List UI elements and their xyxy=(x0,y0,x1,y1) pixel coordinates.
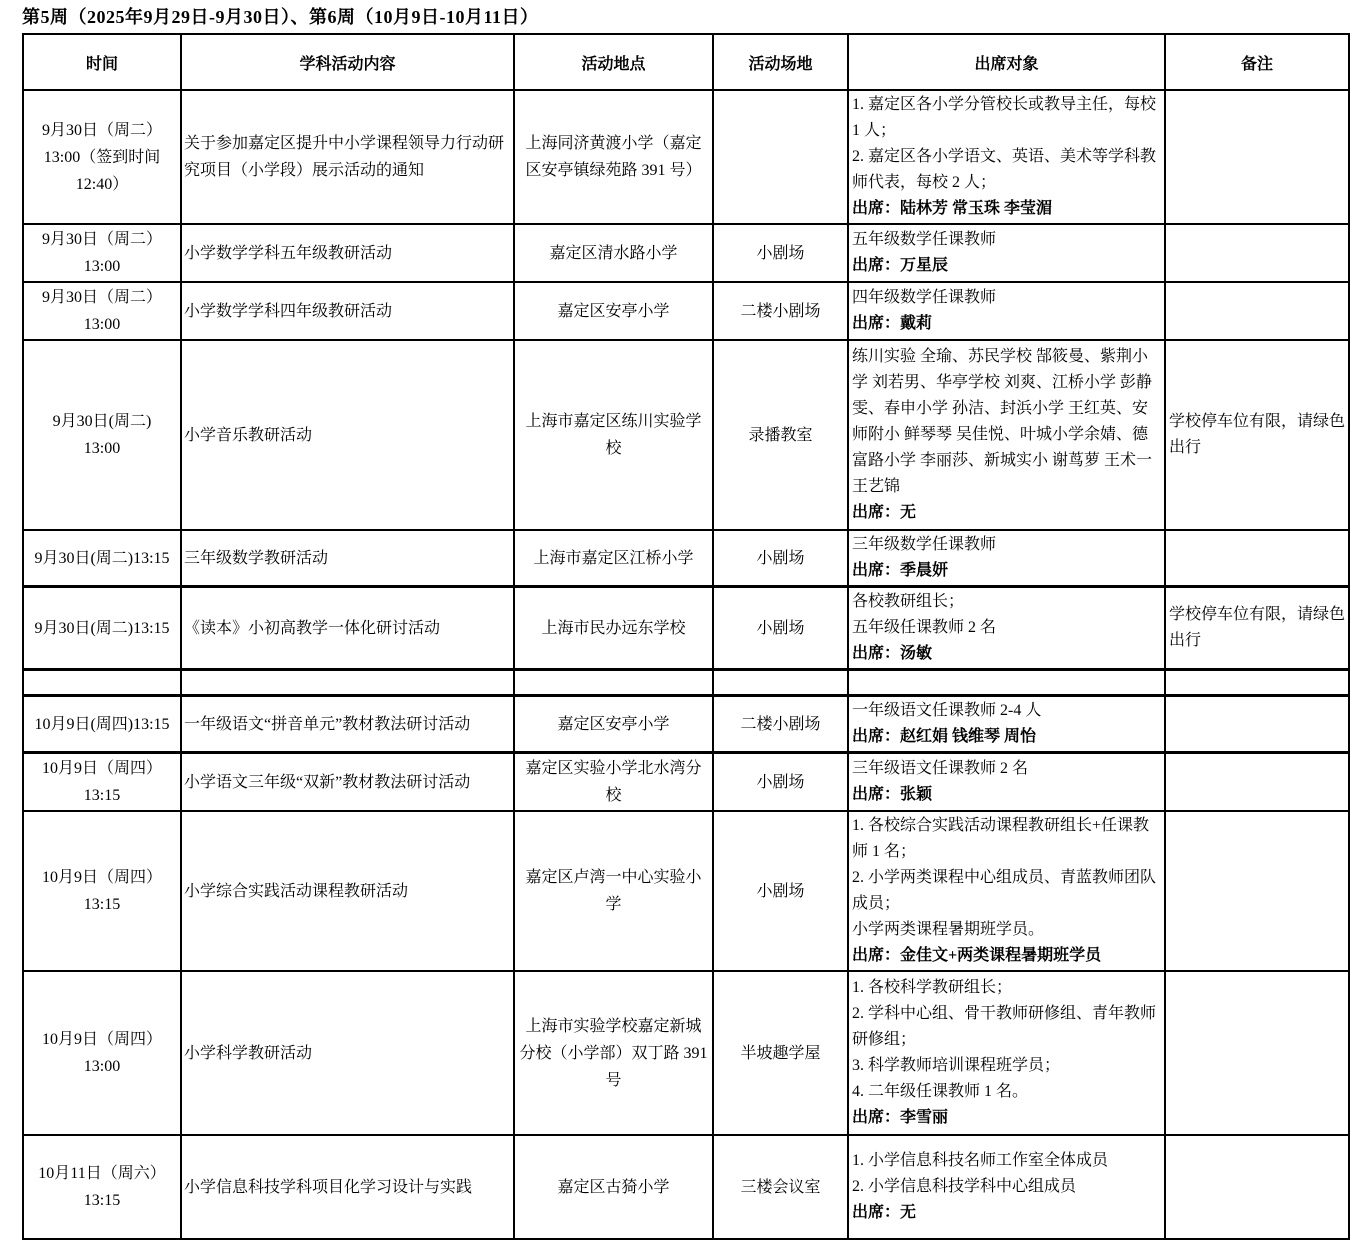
table-row: 10月9日(周四)13:15一年级语文“拼音单元”教材教法研讨活动嘉定区安亭小学… xyxy=(23,696,1349,753)
activity-content-cell: 《读本》小初高教学一体化研讨活动 xyxy=(181,587,514,670)
attendance-line: 出席：戴莉 xyxy=(852,311,1163,337)
column-header-content: 学科活动内容 xyxy=(181,34,514,90)
location-cell: 上海市嘉定区江桥小学 xyxy=(514,530,713,587)
attendees-cell: 1. 小学信息科技名师工作室全体成员2. 小学信息科技学科中心组成员出席：无 xyxy=(848,1135,1165,1239)
attendees-cell xyxy=(848,670,1165,696)
activity-content-cell: 小学信息科技学科项目化学习设计与实践 xyxy=(181,1135,514,1239)
location-cell: 上海同济黄渡小学（嘉定区安亭镇绿苑路 391 号） xyxy=(514,90,713,224)
attendees-paragraph: 各校教研组长； xyxy=(852,589,1163,615)
venue-cell xyxy=(713,670,848,696)
attendance-line: 出席：季晨妍 xyxy=(852,558,1163,584)
time-line: 10月9日（周四） xyxy=(27,755,177,782)
attendees-cell: 三年级数学任课教师出席：季晨妍 xyxy=(848,530,1165,587)
page-title: 第5周（2025年9月29日-9月30日）、第6周（10月9日-10月11日） xyxy=(22,4,1350,30)
attendees-paragraph: 五年级任课教师 2 名 xyxy=(852,615,1163,641)
location-cell: 上海市嘉定区练川实验学校 xyxy=(514,340,713,530)
venue-cell: 录播教室 xyxy=(713,340,848,530)
time-line: 13:00 xyxy=(27,1053,177,1080)
table-row: 10月9日（周四）13:00小学科学教研活动上海市实验学校嘉定新城分校（小学部）… xyxy=(23,971,1349,1135)
table-row: 9月30日(周二)13:00小学音乐教研活动上海市嘉定区练川实验学校录播教室练川… xyxy=(23,340,1349,530)
venue-cell: 二楼小剧场 xyxy=(713,282,848,340)
attendees-cell: 练川实验 全瑜、苏民学校 郜筱曼、紫荆小学 刘若男、华亭学校 刘爽、江桥小学 彭… xyxy=(848,340,1165,530)
location-cell: 上海市实验学校嘉定新城分校（小学部）双丁路 391 号 xyxy=(514,971,713,1135)
attendees-paragraph: 四年级数学任课教师 xyxy=(852,285,1163,311)
attendees-paragraph: 4. 二年级任课教师 1 名。 xyxy=(852,1079,1163,1105)
time-cell xyxy=(23,670,181,696)
attendees-paragraph: 1. 各校科学教研组长； xyxy=(852,975,1163,1001)
attendees-paragraph: 练川实验 全瑜、苏民学校 郜筱曼、紫荆小学 刘若男、华亭学校 刘爽、江桥小学 彭… xyxy=(852,344,1163,500)
attendees-paragraph: 三年级语文任课教师 2 名 xyxy=(852,756,1163,782)
time-line: 13:15 xyxy=(27,782,177,809)
venue-cell: 小剧场 xyxy=(713,530,848,587)
time-cell: 10月9日（周四）13:15 xyxy=(23,753,181,812)
time-cell: 9月30日（周二）13:00 xyxy=(23,224,181,282)
note-cell xyxy=(1165,971,1349,1135)
time-line: 13:00 xyxy=(27,311,177,338)
note-cell xyxy=(1165,753,1349,812)
column-header-note: 备注 xyxy=(1165,34,1349,90)
attendees-paragraph: 一年级语文任课教师 2-4 人 xyxy=(852,698,1163,724)
location-cell xyxy=(514,670,713,696)
note-cell xyxy=(1165,670,1349,696)
note-cell xyxy=(1165,696,1349,753)
venue-cell: 小剧场 xyxy=(713,811,848,971)
note-cell: 学校停车位有限，请绿色出行 xyxy=(1165,340,1349,530)
attendees-cell: 1. 各校科学教研组长；2. 学科中心组、骨干教师研修组、青年教师研修组；3. … xyxy=(848,971,1165,1135)
attendees-paragraph: 3. 科学教师培训课程班学员； xyxy=(852,1053,1163,1079)
attendees-cell: 五年级数学任课教师出席：万星辰 xyxy=(848,224,1165,282)
time-cell: 9月30日(周二)13:15 xyxy=(23,587,181,670)
activity-content-cell: 小学综合实践活动课程教研活动 xyxy=(181,811,514,971)
attendance-line: 出席：张颖 xyxy=(852,782,1163,808)
venue-cell: 三楼会议室 xyxy=(713,1135,848,1239)
time-line: 9月30日（周二） xyxy=(27,117,177,144)
venue-cell xyxy=(713,90,848,224)
location-cell: 嘉定区卢湾一中心实验小学 xyxy=(514,811,713,971)
location-cell: 嘉定区古猗小学 xyxy=(514,1135,713,1239)
table-row: 9月30日（周二）13:00小学数学学科四年级教研活动嘉定区安亭小学二楼小剧场四… xyxy=(23,282,1349,340)
attendees-paragraph: 2. 学科中心组、骨干教师研修组、青年教师研修组； xyxy=(852,1001,1163,1053)
table-row: 9月30日(周二)13:15《读本》小初高教学一体化研讨活动上海市民办远东学校小… xyxy=(23,587,1349,670)
location-cell: 上海市民办远东学校 xyxy=(514,587,713,670)
location-cell: 嘉定区清水路小学 xyxy=(514,224,713,282)
time-cell: 9月30日（周二）13:00 xyxy=(23,282,181,340)
location-cell: 嘉定区安亭小学 xyxy=(514,282,713,340)
schedule-table-body: 9月30日（周二）13:00（签到时间12:40）关于参加嘉定区提升中小学课程领… xyxy=(23,90,1349,1239)
table-row: 9月30日（周二）13:00（签到时间12:40）关于参加嘉定区提升中小学课程领… xyxy=(23,90,1349,224)
venue-cell: 小剧场 xyxy=(713,753,848,812)
time-line: 13:00 xyxy=(27,435,177,462)
column-header-location: 活动地点 xyxy=(514,34,713,90)
attendees-paragraph: 2. 嘉定区各小学语文、英语、美术等学科教师代表，每校 2 人； xyxy=(852,144,1163,196)
attendees-paragraph: 1. 嘉定区各小学分管校长或教导主任，每校 1 人； xyxy=(852,92,1163,144)
attendees-paragraph: 2. 小学信息科技学科中心组成员 xyxy=(852,1174,1163,1200)
attendance-line: 出席：汤敏 xyxy=(852,641,1163,667)
attendance-line: 出席：万星辰 xyxy=(852,253,1163,279)
activity-content-cell: 小学语文三年级“双新”教材教法研讨活动 xyxy=(181,753,514,812)
note-cell xyxy=(1165,90,1349,224)
time-line: 13:15 xyxy=(27,891,177,918)
note-cell: 学校停车位有限，请绿色出行 xyxy=(1165,587,1349,670)
note-cell xyxy=(1165,1135,1349,1239)
venue-cell: 半坡趣学屋 xyxy=(713,971,848,1135)
note-cell xyxy=(1165,530,1349,587)
time-line: 9月30日（周二） xyxy=(27,226,177,253)
note-cell xyxy=(1165,282,1349,340)
table-row: 10月11日（周六）13:15小学信息科技学科项目化学习设计与实践嘉定区古猗小学… xyxy=(23,1135,1349,1239)
activity-content-cell: 关于参加嘉定区提升中小学课程领导力行动研究项目（小学段）展示活动的通知 xyxy=(181,90,514,224)
attendees-cell: 1. 嘉定区各小学分管校长或教导主任，每校 1 人；2. 嘉定区各小学语文、英语… xyxy=(848,90,1165,224)
time-cell: 9月30日(周二)13:15 xyxy=(23,530,181,587)
time-line: 13:00 xyxy=(27,253,177,280)
attendance-line: 出席：赵红娟 钱维琴 周怡 xyxy=(852,724,1163,750)
table-row: 9月30日（周二）13:00小学数学学科五年级教研活动嘉定区清水路小学小剧场五年… xyxy=(23,224,1349,282)
time-cell: 9月30日（周二）13:00（签到时间12:40） xyxy=(23,90,181,224)
table-header-row: 时间 学科活动内容 活动地点 活动场地 出席对象 备注 xyxy=(23,34,1349,90)
attendance-line: 出席：李雪丽 xyxy=(852,1105,1163,1131)
location-cell: 嘉定区安亭小学 xyxy=(514,696,713,753)
column-header-attendees: 出席对象 xyxy=(848,34,1165,90)
attendees-paragraph: 五年级数学任课教师 xyxy=(852,227,1163,253)
attendance-line: 出席：金佳文+两类课程暑期班学员 xyxy=(852,943,1163,969)
time-line: 9月30日(周二) xyxy=(27,408,177,435)
column-header-time: 时间 xyxy=(23,34,181,90)
attendance-line: 出席：陆林芳 常玉珠 李莹湄 xyxy=(852,196,1163,222)
attendance-line: 出席：无 xyxy=(852,500,1163,526)
activity-content-cell xyxy=(181,670,514,696)
location-cell: 嘉定区实验小学北水湾分校 xyxy=(514,753,713,812)
activity-content-cell: 小学科学教研活动 xyxy=(181,971,514,1135)
time-line: 9月30日(周二)13:15 xyxy=(27,545,177,572)
attendees-paragraph: 1. 各校综合实践活动课程教研组长+任课教师 1 名； xyxy=(852,813,1163,865)
document-page: 第5周（2025年9月29日-9月30日）、第6周（10月9日-10月11日） … xyxy=(0,0,1372,1240)
time-line: 9月30日（周二） xyxy=(27,284,177,311)
attendees-paragraph: 小学两类课程暑期班学员。 xyxy=(852,917,1163,943)
time-line: 10月9日（周四） xyxy=(27,1026,177,1053)
time-line: 12:40） xyxy=(27,171,177,198)
attendees-paragraph: 2. 小学两类课程中心组成员、青蓝教师团队成员； xyxy=(852,865,1163,917)
attendees-paragraph: 三年级数学任课教师 xyxy=(852,532,1163,558)
table-row: 10月9日（周四）13:15小学综合实践活动课程教研活动嘉定区卢湾一中心实验小学… xyxy=(23,811,1349,971)
venue-cell: 小剧场 xyxy=(713,224,848,282)
time-cell: 10月9日（周四）13:15 xyxy=(23,811,181,971)
time-cell: 10月11日（周六）13:15 xyxy=(23,1135,181,1239)
column-header-venue: 活动场地 xyxy=(713,34,848,90)
time-line: 10月11日（周六） xyxy=(27,1160,177,1187)
table-row: 10月9日（周四）13:15小学语文三年级“双新”教材教法研讨活动嘉定区实验小学… xyxy=(23,753,1349,812)
time-cell: 9月30日(周二)13:00 xyxy=(23,340,181,530)
time-line: 13:15 xyxy=(27,1187,177,1214)
activity-content-cell: 小学数学学科五年级教研活动 xyxy=(181,224,514,282)
time-cell: 10月9日（周四）13:00 xyxy=(23,971,181,1135)
attendees-cell: 四年级数学任课教师出席：戴莉 xyxy=(848,282,1165,340)
attendees-cell: 三年级语文任课教师 2 名出席：张颖 xyxy=(848,753,1165,812)
attendees-cell: 一年级语文任课教师 2-4 人出席：赵红娟 钱维琴 周怡 xyxy=(848,696,1165,753)
time-line: 10月9日(周四)13:15 xyxy=(27,711,177,738)
time-line: 10月9日（周四） xyxy=(27,864,177,891)
attendees-cell: 各校教研组长；五年级任课教师 2 名出席：汤敏 xyxy=(848,587,1165,670)
note-cell xyxy=(1165,811,1349,971)
activity-content-cell: 小学数学学科四年级教研活动 xyxy=(181,282,514,340)
time-line: 13:00（签到时间 xyxy=(27,144,177,171)
time-line: 9月30日(周二)13:15 xyxy=(27,615,177,642)
venue-cell: 小剧场 xyxy=(713,587,848,670)
attendance-line: 出席：无 xyxy=(852,1200,1163,1226)
note-cell xyxy=(1165,224,1349,282)
activity-content-cell: 小学音乐教研活动 xyxy=(181,340,514,530)
activity-content-cell: 一年级语文“拼音单元”教材教法研讨活动 xyxy=(181,696,514,753)
attendees-cell: 1. 各校综合实践活动课程教研组长+任课教师 1 名；2. 小学两类课程中心组成… xyxy=(848,811,1165,971)
activity-content-cell: 三年级数学教研活动 xyxy=(181,530,514,587)
table-row xyxy=(23,670,1349,696)
attendees-paragraph: 1. 小学信息科技名师工作室全体成员 xyxy=(852,1148,1163,1174)
table-row: 9月30日(周二)13:15三年级数学教研活动上海市嘉定区江桥小学小剧场三年级数… xyxy=(23,530,1349,587)
venue-cell: 二楼小剧场 xyxy=(713,696,848,753)
time-cell: 10月9日(周四)13:15 xyxy=(23,696,181,753)
schedule-table: 时间 学科活动内容 活动地点 活动场地 出席对象 备注 9月30日（周二）13:… xyxy=(22,33,1350,1240)
